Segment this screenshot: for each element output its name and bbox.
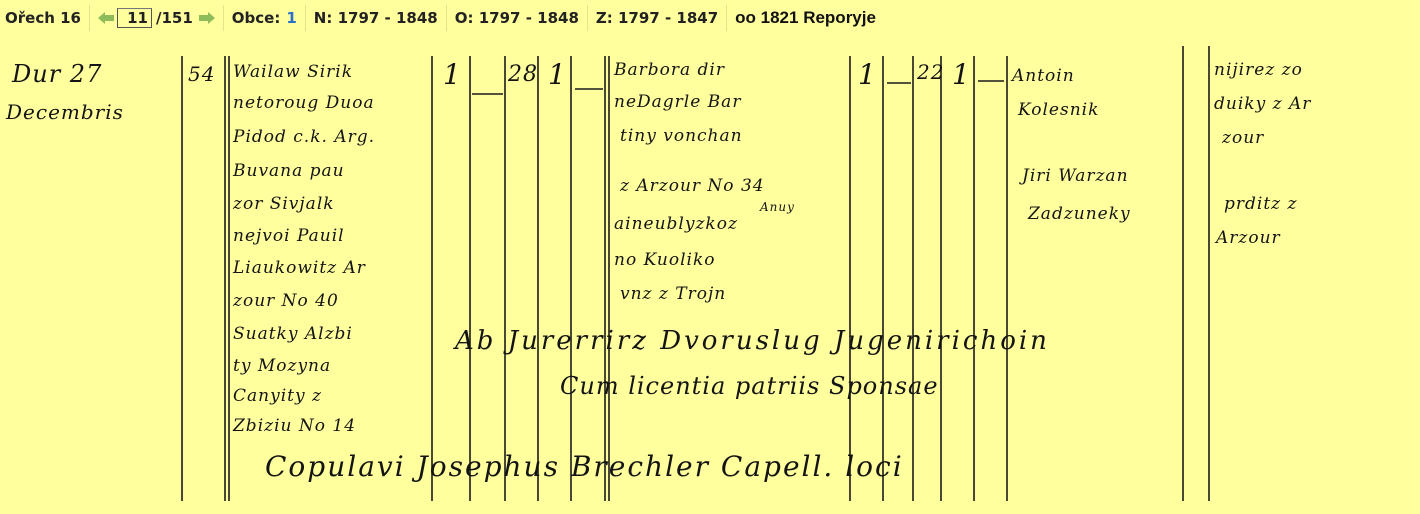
obce-label: Obce:	[232, 9, 281, 27]
remark-line-2: Cum licentia patriis Sponsae	[560, 372, 939, 400]
bride-num-1: 1	[858, 58, 877, 91]
groom-num-1: 1	[443, 58, 462, 91]
bride-line: z Arzour No 34	[620, 176, 765, 196]
notes-line: zour	[1222, 128, 1264, 148]
notes-line: Arzour	[1216, 228, 1281, 248]
bride-line: aineublyzkoz	[614, 214, 738, 234]
obce-link[interactable]: 1	[286, 9, 296, 27]
groom-line: Buvana pau	[233, 161, 345, 181]
remark-line-1: Ab Jurerrirz Dvoruslug Jugenirichoin	[455, 326, 1050, 356]
groom-line: ty Mozyna	[233, 356, 331, 376]
bride-num-4: 1	[952, 58, 971, 91]
groom-age: 28	[508, 62, 538, 87]
arrow-right-icon[interactable]	[199, 12, 215, 24]
groom-line: Liaukowitz Ar	[233, 258, 366, 278]
record-info: oo 1821 Reporyje	[727, 5, 884, 31]
groom-line: Pidod c.k. Arg.	[233, 127, 375, 147]
house-number: 54	[188, 62, 215, 86]
groom-num-4: 1	[548, 58, 567, 91]
bride-line: vnz z Trojn	[620, 284, 726, 304]
groom-line: nejvoi Pauil	[233, 226, 345, 246]
bride-line: Barbora dir	[614, 60, 725, 80]
register-toolbar: Ořech 16 /151 Obce: 1 N: 1797 - 1848 O: …	[0, 0, 1420, 36]
witness-line: Kolesnik	[1018, 100, 1099, 120]
witness-line: Jiri Warzan	[1022, 166, 1129, 186]
bride-line: neDagrle Bar	[614, 92, 741, 112]
register-scan-image[interactable]: Dur 27 Decembris 54 Wailaw Sirik netorou…	[0, 36, 1420, 514]
groom-line: Canyity z	[233, 386, 322, 406]
register-title: Ořech 16	[0, 5, 89, 31]
witness-line: Antoin	[1012, 66, 1075, 86]
bride-line: Anuy	[760, 200, 795, 214]
births-range: N: 1797 - 1848	[306, 5, 446, 31]
page-number-input[interactable]	[117, 8, 152, 28]
notes-line: nijirez zo	[1214, 60, 1303, 80]
groom-line: Suatky Alzbi	[233, 324, 353, 344]
groom-line: zour No 40	[233, 291, 339, 311]
bride-age: 22	[917, 60, 944, 84]
arrow-left-icon[interactable]	[98, 12, 114, 24]
marriages-range: O: 1797 - 1848	[447, 5, 587, 31]
notes-line: duiky z Ar	[1214, 94, 1311, 114]
bride-line: tiny vonchan	[620, 126, 743, 146]
groom-line: Zbiziu No 14	[233, 416, 356, 436]
date-line-1: Dur 27	[12, 60, 102, 88]
date-line-2: Decembris	[6, 100, 124, 124]
page-total: /151	[156, 9, 193, 27]
notes-line: prditz z	[1224, 194, 1297, 214]
page-navigator: /151	[90, 5, 223, 31]
officiant-line: Copulavi Josephus Brechler Capell. loci	[265, 450, 904, 483]
groom-line: Wailaw Sirik	[233, 62, 353, 82]
deaths-range: Z: 1797 - 1847	[588, 5, 726, 31]
obce-info: Obce: 1	[224, 5, 305, 31]
witness-line: Zadzuneky	[1028, 204, 1131, 224]
bride-line: no Kuoliko	[614, 250, 716, 270]
groom-line: netoroug Duoa	[233, 93, 375, 113]
groom-line: zor Sivjalk	[233, 194, 335, 214]
